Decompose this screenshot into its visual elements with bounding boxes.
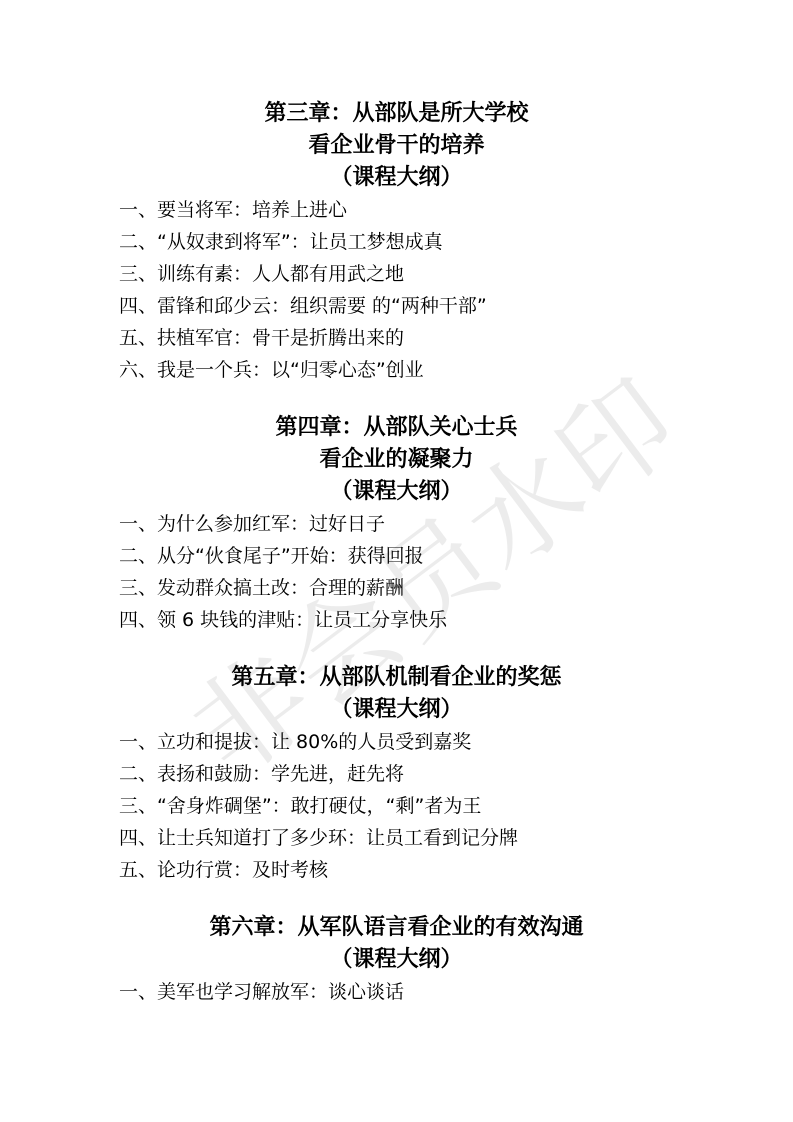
chapter-6: 第六章：从军队语言看企业的有效沟通 （课程大纲） 一、美军也学习解放军：谈心谈话 xyxy=(119,912,733,1008)
chapter-title: 第四章：从部队关心士兵 xyxy=(0,412,793,444)
outline-item: 一、为什么参加红军：过好日子 xyxy=(119,508,733,540)
outline-label: （课程大纲） xyxy=(0,944,793,976)
chapter-4: 第四章：从部队关心士兵 看企业的凝聚力 （课程大纲） 一、为什么参加红军：过好日… xyxy=(119,412,733,636)
outline-item: 四、雷锋和邱少云：组织需要 的“两种干部” xyxy=(119,290,733,322)
outline-label: （课程大纲） xyxy=(0,694,793,726)
outline-item: 二、“从奴隶到将军”：让员工梦想成真 xyxy=(119,226,733,258)
outline-list: 一、立功和提拔：让 80%的人员受到嘉奖 二、表扬和鼓励：学先进，赶先将 三、“… xyxy=(119,726,733,886)
outline-list: 一、美军也学习解放军：谈心谈话 xyxy=(119,976,733,1008)
chapter-3: 第三章：从部队是所大学校 看企业骨干的培养 （课程大纲） 一、要当将军：培养上进… xyxy=(119,98,733,386)
outline-item: 六、我是一个兵：以“归零心态”创业 xyxy=(119,354,733,386)
outline-item: 三、发动群众搞土改：合理的薪酬 xyxy=(119,572,733,604)
outline-item: 一、立功和提拔：让 80%的人员受到嘉奖 xyxy=(119,726,733,758)
outline-label: （课程大纲） xyxy=(0,476,793,508)
chapter-subtitle: 看企业骨干的培养 xyxy=(0,130,793,162)
chapter-title: 第六章：从军队语言看企业的有效沟通 xyxy=(0,912,793,944)
outline-item: 二、表扬和鼓励：学先进，赶先将 xyxy=(119,758,733,790)
chapter-5: 第五章：从部队机制看企业的奖惩 （课程大纲） 一、立功和提拔：让 80%的人员受… xyxy=(119,662,733,886)
outline-list: 一、为什么参加红军：过好日子 二、从分“伙食尾子”开始：获得回报 三、发动群众搞… xyxy=(119,508,733,636)
outline-item: 一、要当将军：培养上进心 xyxy=(119,194,733,226)
chapter-subtitle: 看企业的凝聚力 xyxy=(0,444,793,476)
outline-item: 四、让士兵知道打了多少环：让员工看到记分牌 xyxy=(119,822,733,854)
outline-item: 二、从分“伙食尾子”开始：获得回报 xyxy=(119,540,733,572)
document-page: 第三章：从部队是所大学校 看企业骨干的培养 （课程大纲） 一、要当将军：培养上进… xyxy=(0,0,793,1008)
outline-item: 四、领 6 块钱的津贴：让员工分享快乐 xyxy=(119,604,733,636)
outline-item: 三、训练有素：人人都有用武之地 xyxy=(119,258,733,290)
chapter-title: 第三章：从部队是所大学校 xyxy=(0,98,793,130)
outline-item: 五、扶植军官：骨干是折腾出来的 xyxy=(119,322,733,354)
outline-label: （课程大纲） xyxy=(0,162,793,194)
chapter-title: 第五章：从部队机制看企业的奖惩 xyxy=(0,662,793,694)
outline-list: 一、要当将军：培养上进心 二、“从奴隶到将军”：让员工梦想成真 三、训练有素：人… xyxy=(119,194,733,386)
outline-item: 三、“舍身炸碉堡”：敢打硬仗，“剩”者为王 xyxy=(119,790,733,822)
outline-item: 一、美军也学习解放军：谈心谈话 xyxy=(119,976,733,1008)
outline-item: 五、论功行赏：及时考核 xyxy=(119,854,733,886)
